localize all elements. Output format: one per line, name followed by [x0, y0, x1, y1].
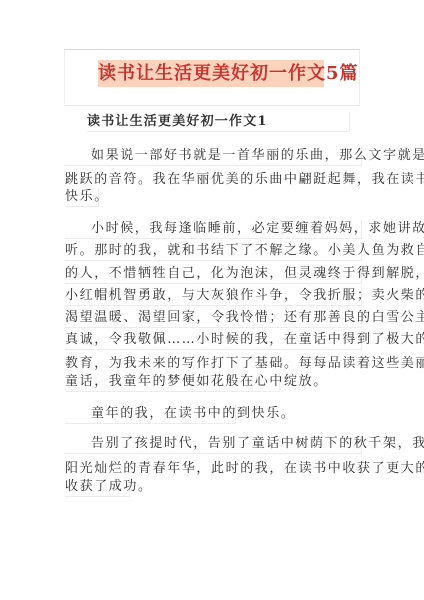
paragraph-2-line-2: 听。那时的我，就和书结下了不解之缘。小美人鱼为救自己心爱: [65, 242, 362, 261]
paragraph-4-line-3: 收获了成功。: [65, 478, 130, 497]
paragraph-2-line-8: 童话，我童年的梦便如花般在心中绽放。: [65, 373, 280, 392]
paragraph-2-line-7: 教育，为我未来的写作打下了基础。每每品读着这些美丽动人的: [65, 355, 424, 373]
paragraph-2-line-5: 渴望温暖、渴望回家，令我怜惜；还有那善良的白雪公主，她的: [65, 309, 362, 328]
paragraph-3-line-1: 童年的我，在读书中的到快乐。: [65, 405, 236, 424]
paragraph-4-line-2: 阳光灿烂的青春年华，此时的我，在读书中收获了更大的快乐，: [65, 460, 424, 478]
paragraph-1-line-3: 快乐。: [65, 188, 99, 207]
paragraph-1-line-2: 跳跃的音符。我在华丽优美的乐曲中翩跹起舞，我在读书中的到: [65, 171, 424, 189]
document-page: 读书让生活更美好初一作文5篇 读书让生活更美好初一作文1 如果说一部好书就是一首…: [0, 0, 424, 600]
paragraph-2-line-3: 的人，不惜牺牲自己，化为泡沫，但灵魂终于得到解脱，令感动；: [65, 265, 362, 284]
document-title: 读书让生活更美好初一作文5篇: [98, 60, 324, 87]
paragraph-2-line-1: 小时候，我每逢临睡前，必定要缠着妈妈，求她讲故事给我: [65, 220, 362, 239]
section-heading: 读书让生活更美好初一作文1: [87, 113, 350, 132]
paragraph-2-line-4: 小红帽机智勇敢，与大灰狼作斗争，令我折服；卖火柴的小女孩: [65, 287, 362, 306]
paragraph-4-line-1: 告别了孩提时代，告别了童话中树荫下的秋千架，我走进了: [65, 435, 362, 454]
paragraph-2-line-6: 真诚，令我敬佩……小时候的我，在童话中得到了极大的启蒙与: [65, 331, 362, 350]
paragraph-1-line-1: 如果说一部好书就是一首华丽的乐曲，那么文字就是一个个: [65, 147, 362, 166]
